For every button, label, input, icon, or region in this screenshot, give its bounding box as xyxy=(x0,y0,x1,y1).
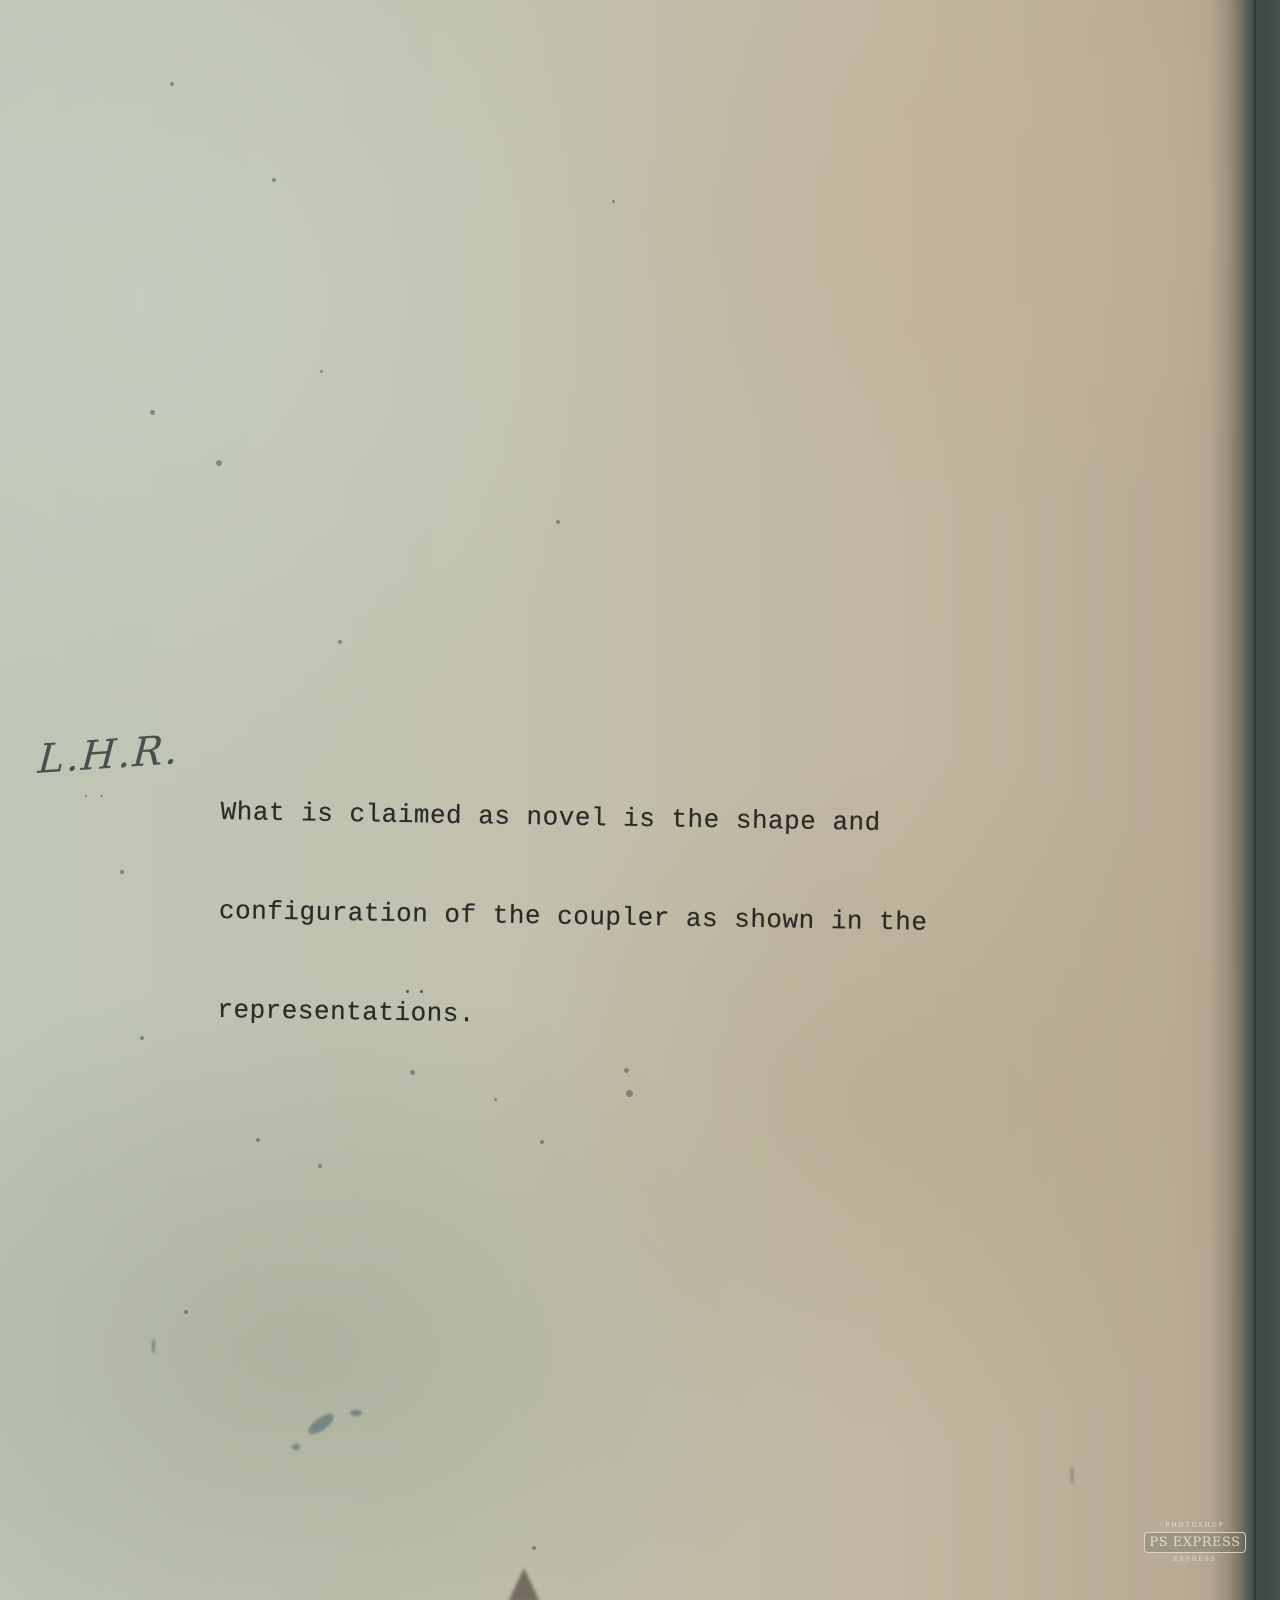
initials-dots: . . xyxy=(84,786,107,800)
paper-tear-mark xyxy=(508,1568,540,1600)
watermark-main-text: PS EXPRESS xyxy=(1144,1532,1245,1553)
paper-speck xyxy=(532,1546,536,1550)
paper-speck xyxy=(170,82,174,86)
claim-line-1: What is claimed as novel is the shape an… xyxy=(220,796,929,841)
paper-speck xyxy=(338,640,342,644)
ink-smudge xyxy=(152,1338,155,1354)
paper-speck xyxy=(184,1310,188,1314)
watermark-top-text: PHOTOSHOP xyxy=(1140,1522,1250,1529)
paper-speck xyxy=(150,410,155,415)
paper-speck xyxy=(540,1140,544,1144)
paper-speck xyxy=(256,1138,260,1142)
typed-claim-text: What is claimed as novel is the shape an… xyxy=(216,730,930,1105)
page-edge-shadow xyxy=(1210,0,1280,1600)
paper-speck xyxy=(272,178,276,182)
scanned-document-page: L.H.R. . . What is claimed as novel is t… xyxy=(0,0,1280,1600)
ink-smudge xyxy=(350,1410,362,1416)
paper-speck xyxy=(556,520,560,524)
paper-speck xyxy=(120,870,124,874)
handwritten-initials: L.H.R. xyxy=(37,727,182,783)
page-edge-line xyxy=(1254,0,1256,1600)
paper-speck xyxy=(320,370,323,373)
paper-speck xyxy=(612,200,615,203)
paper-speck xyxy=(140,1036,144,1040)
claim-line-2: configuration of the coupler as shown in… xyxy=(219,895,928,940)
watermark-bottom-text: EXPRESS xyxy=(1140,1556,1250,1563)
paper-speck xyxy=(318,1164,322,1168)
ink-smudge xyxy=(1070,1466,1074,1484)
ink-smudge xyxy=(305,1410,336,1437)
ink-smudge xyxy=(292,1444,300,1450)
paper-speck xyxy=(216,460,222,466)
paper-speck xyxy=(494,1098,497,1101)
ps-express-watermark: PHOTOSHOP PS EXPRESS EXPRESS xyxy=(1140,1522,1250,1563)
claim-line-3: representations. xyxy=(217,994,926,1039)
